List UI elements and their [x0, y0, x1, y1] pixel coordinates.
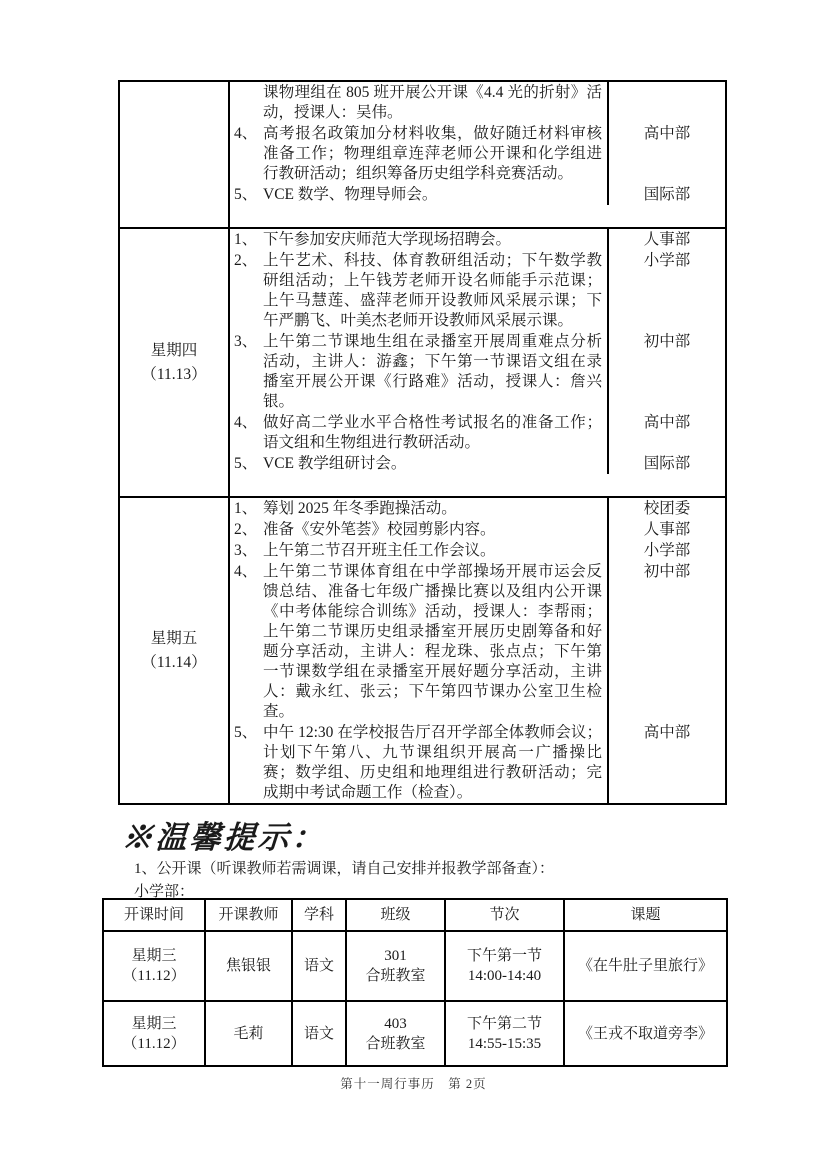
open-class-table: 开课时间 开课教师 学科 班级 节次 课题 星期三 （11.12） 焦银银 语文…: [102, 898, 728, 1067]
department-label: 人事部: [607, 229, 725, 250]
item-number: 4、: [234, 124, 263, 184]
schedule-item: 3、 上午第二节召开班主任工作会议。 小学部: [230, 540, 725, 561]
item-number: 2、: [234, 520, 263, 540]
item-text: 上午第二节召开班主任工作会议。: [263, 541, 602, 561]
schedule-item: 5、 VCE 数学、物理导师会。 国际部: [230, 184, 725, 205]
cell-open-time: 星期三 （11.12）: [103, 931, 205, 1001]
cell-teacher: 焦银银: [205, 931, 292, 1001]
schedule-block-wednesday-cont: 课物理组在 805 班开展公开课《4.4 光的折射》活动，授课人：吴伟。 4、 …: [120, 82, 725, 227]
schedule-item: 4、 做好高二学业水平合格性考试报名的准备工作；语文组和生物组进行教研活动。 高…: [230, 412, 725, 453]
cell-subject: 语文: [292, 931, 346, 1001]
open-class-header-row: 开课时间 开课教师 学科 班级 节次 课题: [103, 899, 727, 931]
schedule-item: 1、 下午参加安庆师范大学现场招聘会。 人事部: [230, 229, 725, 250]
item-text: 上午艺术、科技、体育教研组活动；下午数学教研组活动；上午钱芳老师开设名师能手示范…: [263, 251, 602, 331]
cell-topic: 《王戎不取道旁李》: [564, 1001, 727, 1066]
schedule-item: 5、 中午 12:30 在学校报告厅召开学部全体教师会议；计划下午第八、九节课组…: [230, 722, 725, 803]
schedule-item: 3、 上午第二节课地生组在录播室开展周重难点分析活动，主讲人：游鑫；下午第一节课…: [230, 331, 725, 412]
item-number: 4、: [234, 562, 263, 722]
open-class-row: 星期三 （11.12） 焦银银 语文 301 合班教室 下午第一节 14:00-…: [103, 931, 727, 1001]
department-label: 高中部: [607, 722, 725, 803]
schedule-item: 2、 上午艺术、科技、体育教研组活动；下午数学教研组活动；上午钱芳老师开设名师能…: [230, 250, 725, 331]
item-text: 准备《安外笔荟》校园剪影内容。: [263, 520, 602, 540]
day-date: （11.13）: [141, 363, 206, 387]
item-number: 1、: [234, 499, 263, 519]
items-column: 1、 筹划 2025 年冬季跑操活动。 校团委 2、 准备《安外笔荟》校园剪影内…: [230, 498, 725, 803]
cell-period: 下午第一节 14:00-14:40: [445, 931, 564, 1001]
header-topic: 课题: [564, 899, 727, 931]
department-label: 国际部: [607, 184, 725, 205]
department-label: 初中部: [607, 561, 725, 722]
item-number: 5、: [234, 185, 263, 205]
item-text: 下午参加安庆师范大学现场招聘会。: [263, 230, 602, 250]
department-label: 国际部: [607, 453, 725, 474]
header-teacher: 开课教师: [205, 899, 292, 931]
item-text: 上午第二节课地生组在录播室开展周重难点分析活动，主讲人：游鑫；下午第一节课语文组…: [263, 332, 602, 412]
item-text: 课物理组在 805 班开展公开课《4.4 光的折射》活动，授课人：吴伟。: [263, 83, 602, 123]
items-column: 课物理组在 805 班开展公开课《4.4 光的折射》活动，授课人：吴伟。 4、 …: [230, 82, 725, 227]
day-date: （11.14）: [141, 651, 206, 675]
item-number: 3、: [234, 541, 263, 561]
item-number: 1、: [234, 230, 263, 250]
schedule-item: 4、 高考报名政策加分材料收集，做好随迁材料审核准备工作；物理组章连萍老师公开课…: [230, 123, 725, 184]
day-cell: 星期五 （11.14）: [120, 498, 230, 803]
open-class-row: 星期三 （11.12） 毛莉 语文 403 合班教室 下午第二节 14:55-1…: [103, 1001, 727, 1066]
schedule-block-friday: 星期五 （11.14） 1、 筹划 2025 年冬季跑操活动。 校团委 2、 准…: [120, 496, 725, 803]
department-label: 人事部: [607, 519, 725, 540]
cell-class: 301 合班教室: [346, 931, 445, 1001]
schedule-block-thursday: 星期四 （11.13） 1、 下午参加安庆师范大学现场招聘会。 人事部 2、 上…: [120, 227, 725, 496]
item-number: [234, 83, 263, 123]
schedule-item: 5、 VCE 教学组研讨会。 国际部: [230, 453, 725, 474]
cell-teacher: 毛莉: [205, 1001, 292, 1066]
item-number: 5、: [234, 454, 263, 474]
department-label: 校团委: [607, 498, 725, 519]
cell-class: 403 合班教室: [346, 1001, 445, 1066]
notice-heading: ※温馨提示：: [120, 812, 327, 857]
day-cell: [120, 82, 230, 227]
day-label: 星期四: [151, 339, 198, 363]
department-label: 小学部: [607, 250, 725, 331]
weekly-schedule-table: 课物理组在 805 班开展公开课《4.4 光的折射》活动，授课人：吴伟。 4、 …: [118, 80, 727, 805]
item-number: 3、: [234, 332, 263, 412]
item-number: 5、: [234, 723, 263, 803]
schedule-item: 课物理组在 805 班开展公开课《4.4 光的折射》活动，授课人：吴伟。: [230, 82, 725, 123]
item-text: 做好高二学业水平合格性考试报名的准备工作；语文组和生物组进行教研活动。: [263, 413, 602, 453]
item-number: 2、: [234, 251, 263, 331]
item-text: 中午 12:30 在学校报告厅召开学部全体教师会议；计划下午第八、九节课组织开展…: [263, 723, 602, 803]
department-label: [607, 82, 725, 123]
header-open-time: 开课时间: [103, 899, 205, 931]
header-period: 节次: [445, 899, 564, 931]
schedule-item: 2、 准备《安外笔荟》校园剪影内容。 人事部: [230, 519, 725, 540]
schedule-item: 4、 上午第二节课体育组在中学部操场开展市运会反馈总结、准备七年级广播操比赛以及…: [230, 561, 725, 722]
department-label: 高中部: [607, 412, 725, 453]
item-text: VCE 数学、物理导师会。: [263, 185, 602, 205]
item-text: 高考报名政策加分材料收集，做好随迁材料审核准备工作；物理组章连萍老师公开课和化学…: [263, 124, 602, 184]
cell-open-time: 星期三 （11.12）: [103, 1001, 205, 1066]
page-footer: 第十一周行事历 第 2页: [0, 1074, 827, 1092]
cell-period: 下午第二节 14:55-15:35: [445, 1001, 564, 1066]
cell-subject: 语文: [292, 1001, 346, 1066]
schedule-item: 1、 筹划 2025 年冬季跑操活动。 校团委: [230, 498, 725, 519]
item-number: 4、: [234, 413, 263, 453]
header-class: 班级: [346, 899, 445, 931]
department-label: 高中部: [607, 123, 725, 184]
header-subject: 学科: [292, 899, 346, 931]
department-label: 小学部: [607, 540, 725, 561]
day-cell: 星期四 （11.13）: [120, 229, 230, 496]
item-text: 上午第二节课体育组在中学部操场开展市运会反馈总结、准备七年级广播操比赛以及组内公…: [263, 562, 602, 722]
notice-line-open-class: 1、公开课（听课教师若需调课，请自己安排并报教学部备查）：: [134, 857, 554, 878]
department-label: 初中部: [607, 331, 725, 412]
item-text: VCE 教学组研讨会。: [263, 454, 602, 474]
day-label: 星期五: [151, 627, 198, 651]
item-text: 筹划 2025 年冬季跑操活动。: [263, 499, 602, 519]
items-column: 1、 下午参加安庆师范大学现场招聘会。 人事部 2、 上午艺术、科技、体育教研组…: [230, 229, 725, 496]
cell-topic: 《在牛肚子里旅行》: [564, 931, 727, 1001]
